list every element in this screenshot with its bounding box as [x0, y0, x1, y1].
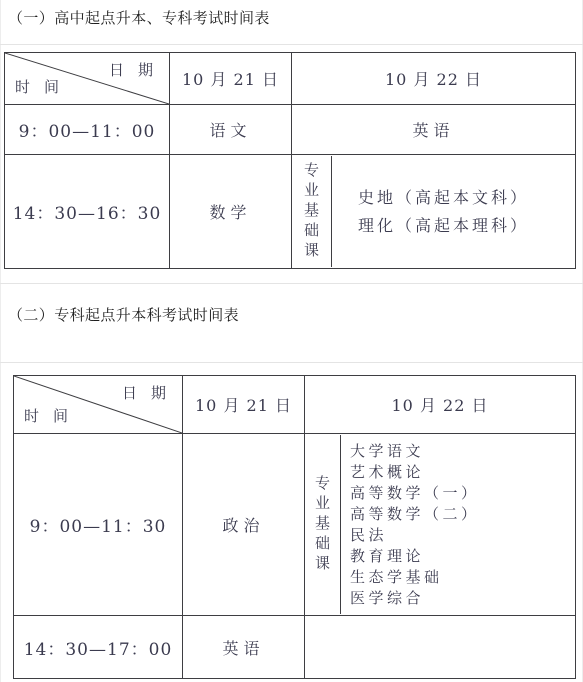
subject-cell: 政治: [183, 434, 305, 616]
page: （一）高中起点升本、专科考试时间表 日期 时间 10 月 21 日 10 月 2…: [0, 0, 583, 682]
table1-header-row: 日期 时间 10 月 21 日 10 月 22 日: [5, 53, 576, 105]
empty-cell: [305, 616, 576, 679]
table1-date-col-oct21: 10 月 21 日: [170, 53, 292, 105]
section-divider-3: [0, 362, 583, 363]
section1-title: （一）高中起点升本、专科考试时间表: [8, 8, 270, 29]
table2-date-label: 日期: [122, 382, 180, 403]
subject-line: 生态学基础: [350, 567, 575, 588]
section-divider-1: [0, 44, 583, 45]
table1-row-afternoon: 14：30—16：30 数学 专业基础课 史地（高起本文科） 理化（高起本理科）: [5, 155, 576, 269]
professional-basic-course-label: 专业基础课: [292, 156, 332, 267]
section-divider-2: [0, 283, 583, 284]
table1-date-label: 日期: [109, 59, 167, 80]
section2-title: （二）专科起点升本科考试时间表: [8, 305, 239, 326]
subject-line: 史地（高起本文科）: [358, 184, 575, 212]
table1-time-label: 时间: [15, 76, 73, 97]
exam-table-college-start: 日期 时间 10 月 21 日 10 月 22 日 9：00—11：30 政治 …: [13, 375, 576, 679]
table2-time-label: 时间: [24, 405, 82, 426]
table1-corner-cell: 日期 时间: [5, 53, 170, 105]
page-left-edge: [0, 0, 1, 682]
professional-basic-course-label: 专业基础课: [305, 435, 341, 614]
subject-line: 大学语文: [350, 441, 575, 462]
subject-line: 教育理论: [350, 546, 575, 567]
subject-line: 理化（高起本理科）: [358, 212, 575, 240]
table2-date-col-oct22: 10 月 22 日: [305, 376, 576, 434]
split-cell: 专业基础课 大学语文 艺术概论 高等数学（一） 高等数学（二） 民法 教育理论 …: [305, 434, 576, 616]
subject-cell: 数学: [170, 155, 292, 269]
table2-corner-cell: 日期 时间: [14, 376, 183, 434]
subject-line: 民法: [350, 525, 575, 546]
subject-line: 医学综合: [350, 588, 575, 609]
table1-date-col-oct22: 10 月 22 日: [292, 53, 576, 105]
time-cell: 9：00—11：00: [5, 105, 170, 155]
exam-table-highschool-start: 日期 时间 10 月 21 日 10 月 22 日 9：00—11：00 语文 …: [4, 52, 576, 269]
time-cell: 14：30—17：00: [14, 616, 183, 679]
subject-line: 高等数学（二）: [350, 504, 575, 525]
subject-cell: 英语: [183, 616, 305, 679]
time-cell: 9：00—11：30: [14, 434, 183, 616]
table2-date-col-oct21: 10 月 21 日: [183, 376, 305, 434]
split-cell: 专业基础课 史地（高起本文科） 理化（高起本理科）: [292, 155, 576, 269]
subject-cell: 英语: [292, 105, 576, 155]
table1-row-morning: 9：00—11：00 语文 英语: [5, 105, 576, 155]
subject-options: 大学语文 艺术概论 高等数学（一） 高等数学（二） 民法 教育理论 生态学基础 …: [341, 435, 575, 614]
table2-header-row: 日期 时间 10 月 21 日 10 月 22 日: [14, 376, 576, 434]
subject-cell: 语文: [170, 105, 292, 155]
subject-line: 高等数学（一）: [350, 483, 575, 504]
subject-options: 史地（高起本文科） 理化（高起本理科）: [332, 156, 575, 267]
table2-row-afternoon: 14：30—17：00 英语: [14, 616, 576, 679]
subject-line: 艺术概论: [350, 462, 575, 483]
time-cell: 14：30—16：30: [5, 155, 170, 269]
table2-row-morning: 9：00—11：30 政治 专业基础课 大学语文 艺术概论 高等数学（一） 高等…: [14, 434, 576, 616]
